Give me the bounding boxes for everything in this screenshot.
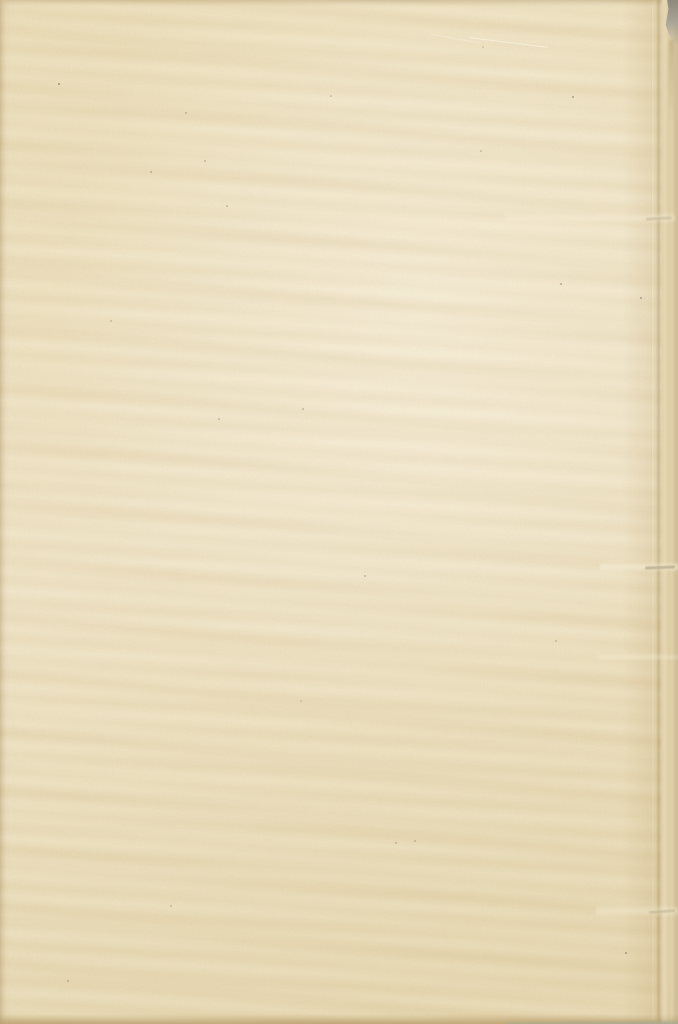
bottom-right-surface-edge: [508, 1019, 678, 1024]
scan-vignette: [0, 0, 678, 1024]
scanned-page: [0, 0, 678, 1024]
